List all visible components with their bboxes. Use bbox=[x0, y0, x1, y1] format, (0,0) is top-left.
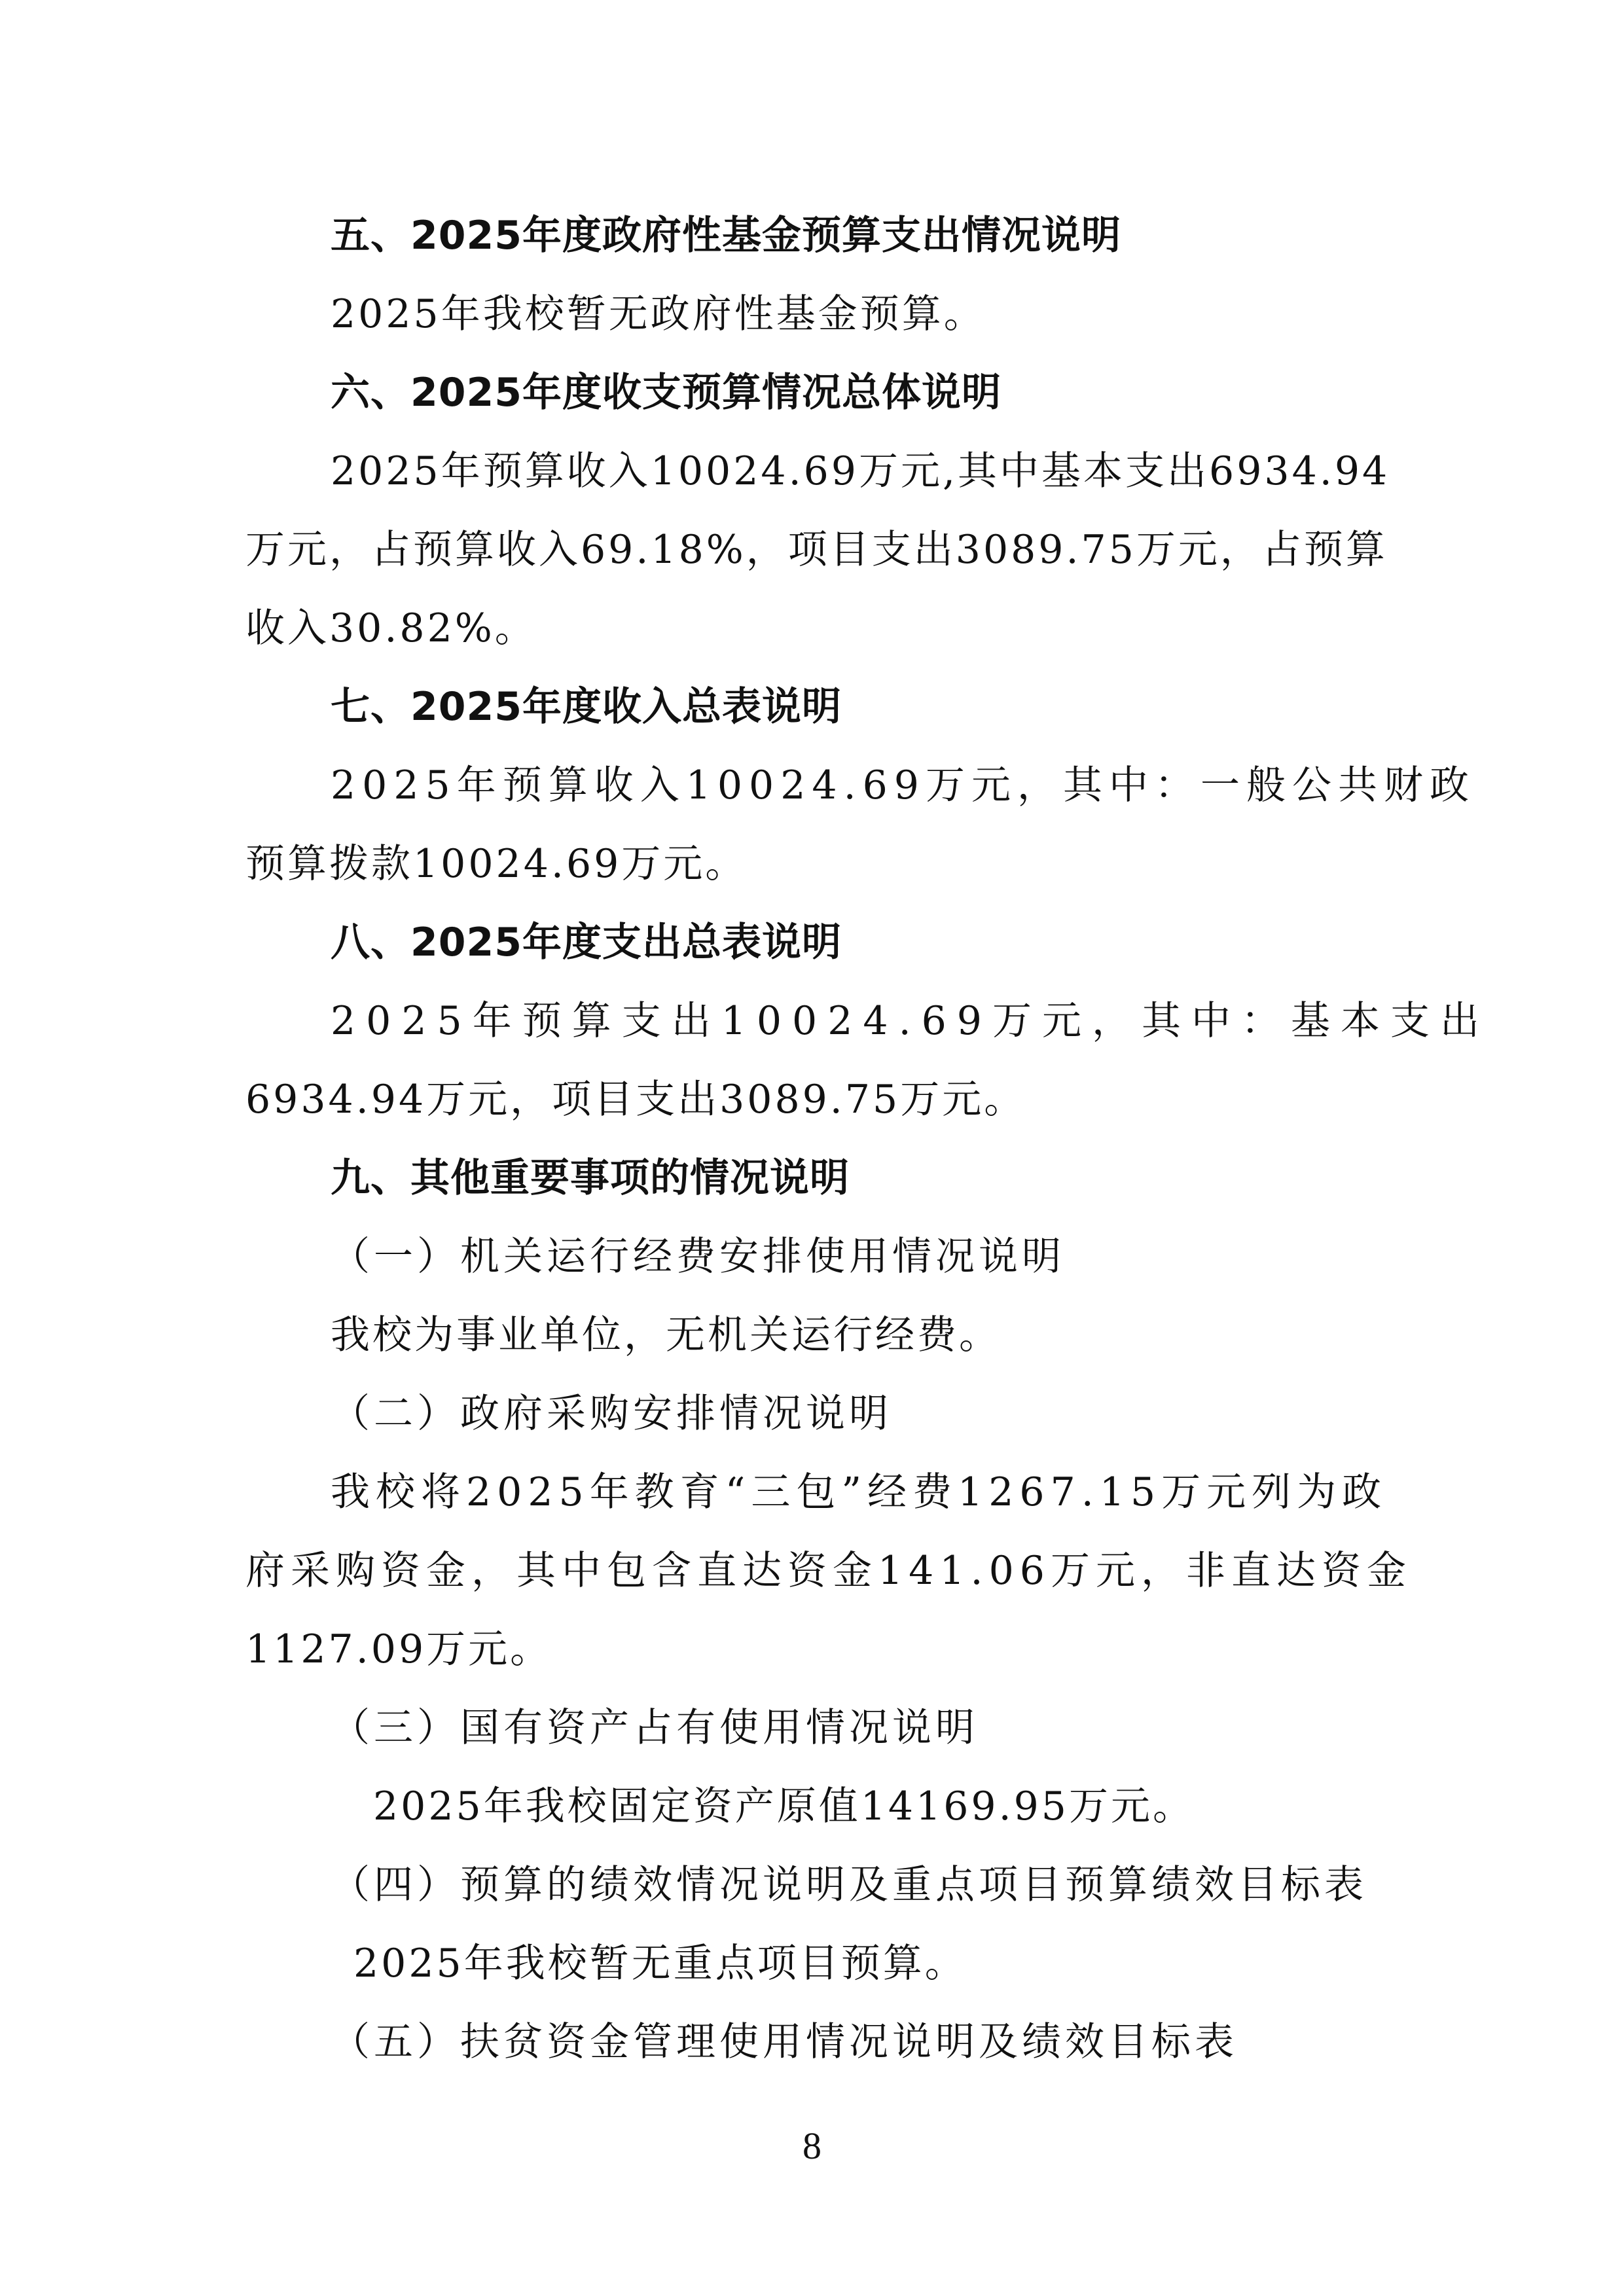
subsection-heading-5: （五）扶贫资金管理使用情况说明及绩效目标表 bbox=[331, 2016, 1238, 2068]
paragraph-line: 2025年我校暂无政府性基金预算。 bbox=[331, 288, 986, 340]
document-page: 五、2025年度政府性基金预算支出情况说明 2025年我校暂无政府性基金预算。 … bbox=[0, 0, 1624, 2296]
paragraph-line: 2025年预算收入10024.69万元，其中：一般公共财政 bbox=[331, 759, 1475, 812]
subsection-heading-4: （四）预算的绩效情况说明及重点项目预算绩效目标表 bbox=[331, 1859, 1367, 1911]
paragraph-line: 2025年我校暂无重点项目预算。 bbox=[353, 1937, 967, 1990]
section-heading-5: 五、2025年度政府性基金预算支出情况说明 bbox=[331, 209, 1121, 262]
paragraph-line: 2025年我校固定资产原值14169.95万元。 bbox=[373, 1780, 1195, 1833]
subsection-heading-1: （一）机关运行经费安排使用情况说明 bbox=[331, 1230, 1065, 1283]
paragraph-line: 预算拨款10024.69万元。 bbox=[245, 838, 747, 890]
paragraph-line: 收入30.82%。 bbox=[245, 602, 537, 655]
paragraph-line: 府采购资金，其中包含直达资金141.06万元，非直达资金 bbox=[245, 1545, 1412, 1597]
section-heading-9: 九、其他重要事项的情况说明 bbox=[331, 1152, 850, 1204]
paragraph-line: 1127.09万元。 bbox=[245, 1623, 552, 1676]
paragraph-line: 万元，占预算收入69.18%，项目支出3089.75万元，占预算 bbox=[245, 524, 1378, 576]
section-heading-8: 八、2025年度支出总表说明 bbox=[331, 916, 842, 969]
section-heading-7: 七、2025年度收入总表说明 bbox=[331, 681, 842, 733]
subsection-heading-3: （三）国有资产占有使用情况说明 bbox=[331, 1702, 979, 1754]
section-heading-6: 六、2025年度收支预算情况总体说明 bbox=[331, 367, 1001, 419]
subsection-heading-2: （二）政府采购安排情况说明 bbox=[331, 1388, 892, 1440]
page-number: 8 bbox=[0, 2124, 1624, 2168]
paragraph-line: 2025年预算支出10024.69万元，其中：基本支出 bbox=[331, 995, 1490, 1047]
paragraph-line: 2025年预算收入10024.69万元,其中基本支出6934.94 bbox=[331, 445, 1378, 497]
paragraph-line: 我校将2025年教育“三包”经费1267.15万元列为政 bbox=[331, 1466, 1387, 1518]
paragraph-line: 6934.94万元，项目支出3089.75万元。 bbox=[245, 1073, 1026, 1126]
paragraph-line: 我校为事业单位，无机关运行经费。 bbox=[331, 1309, 1001, 1361]
